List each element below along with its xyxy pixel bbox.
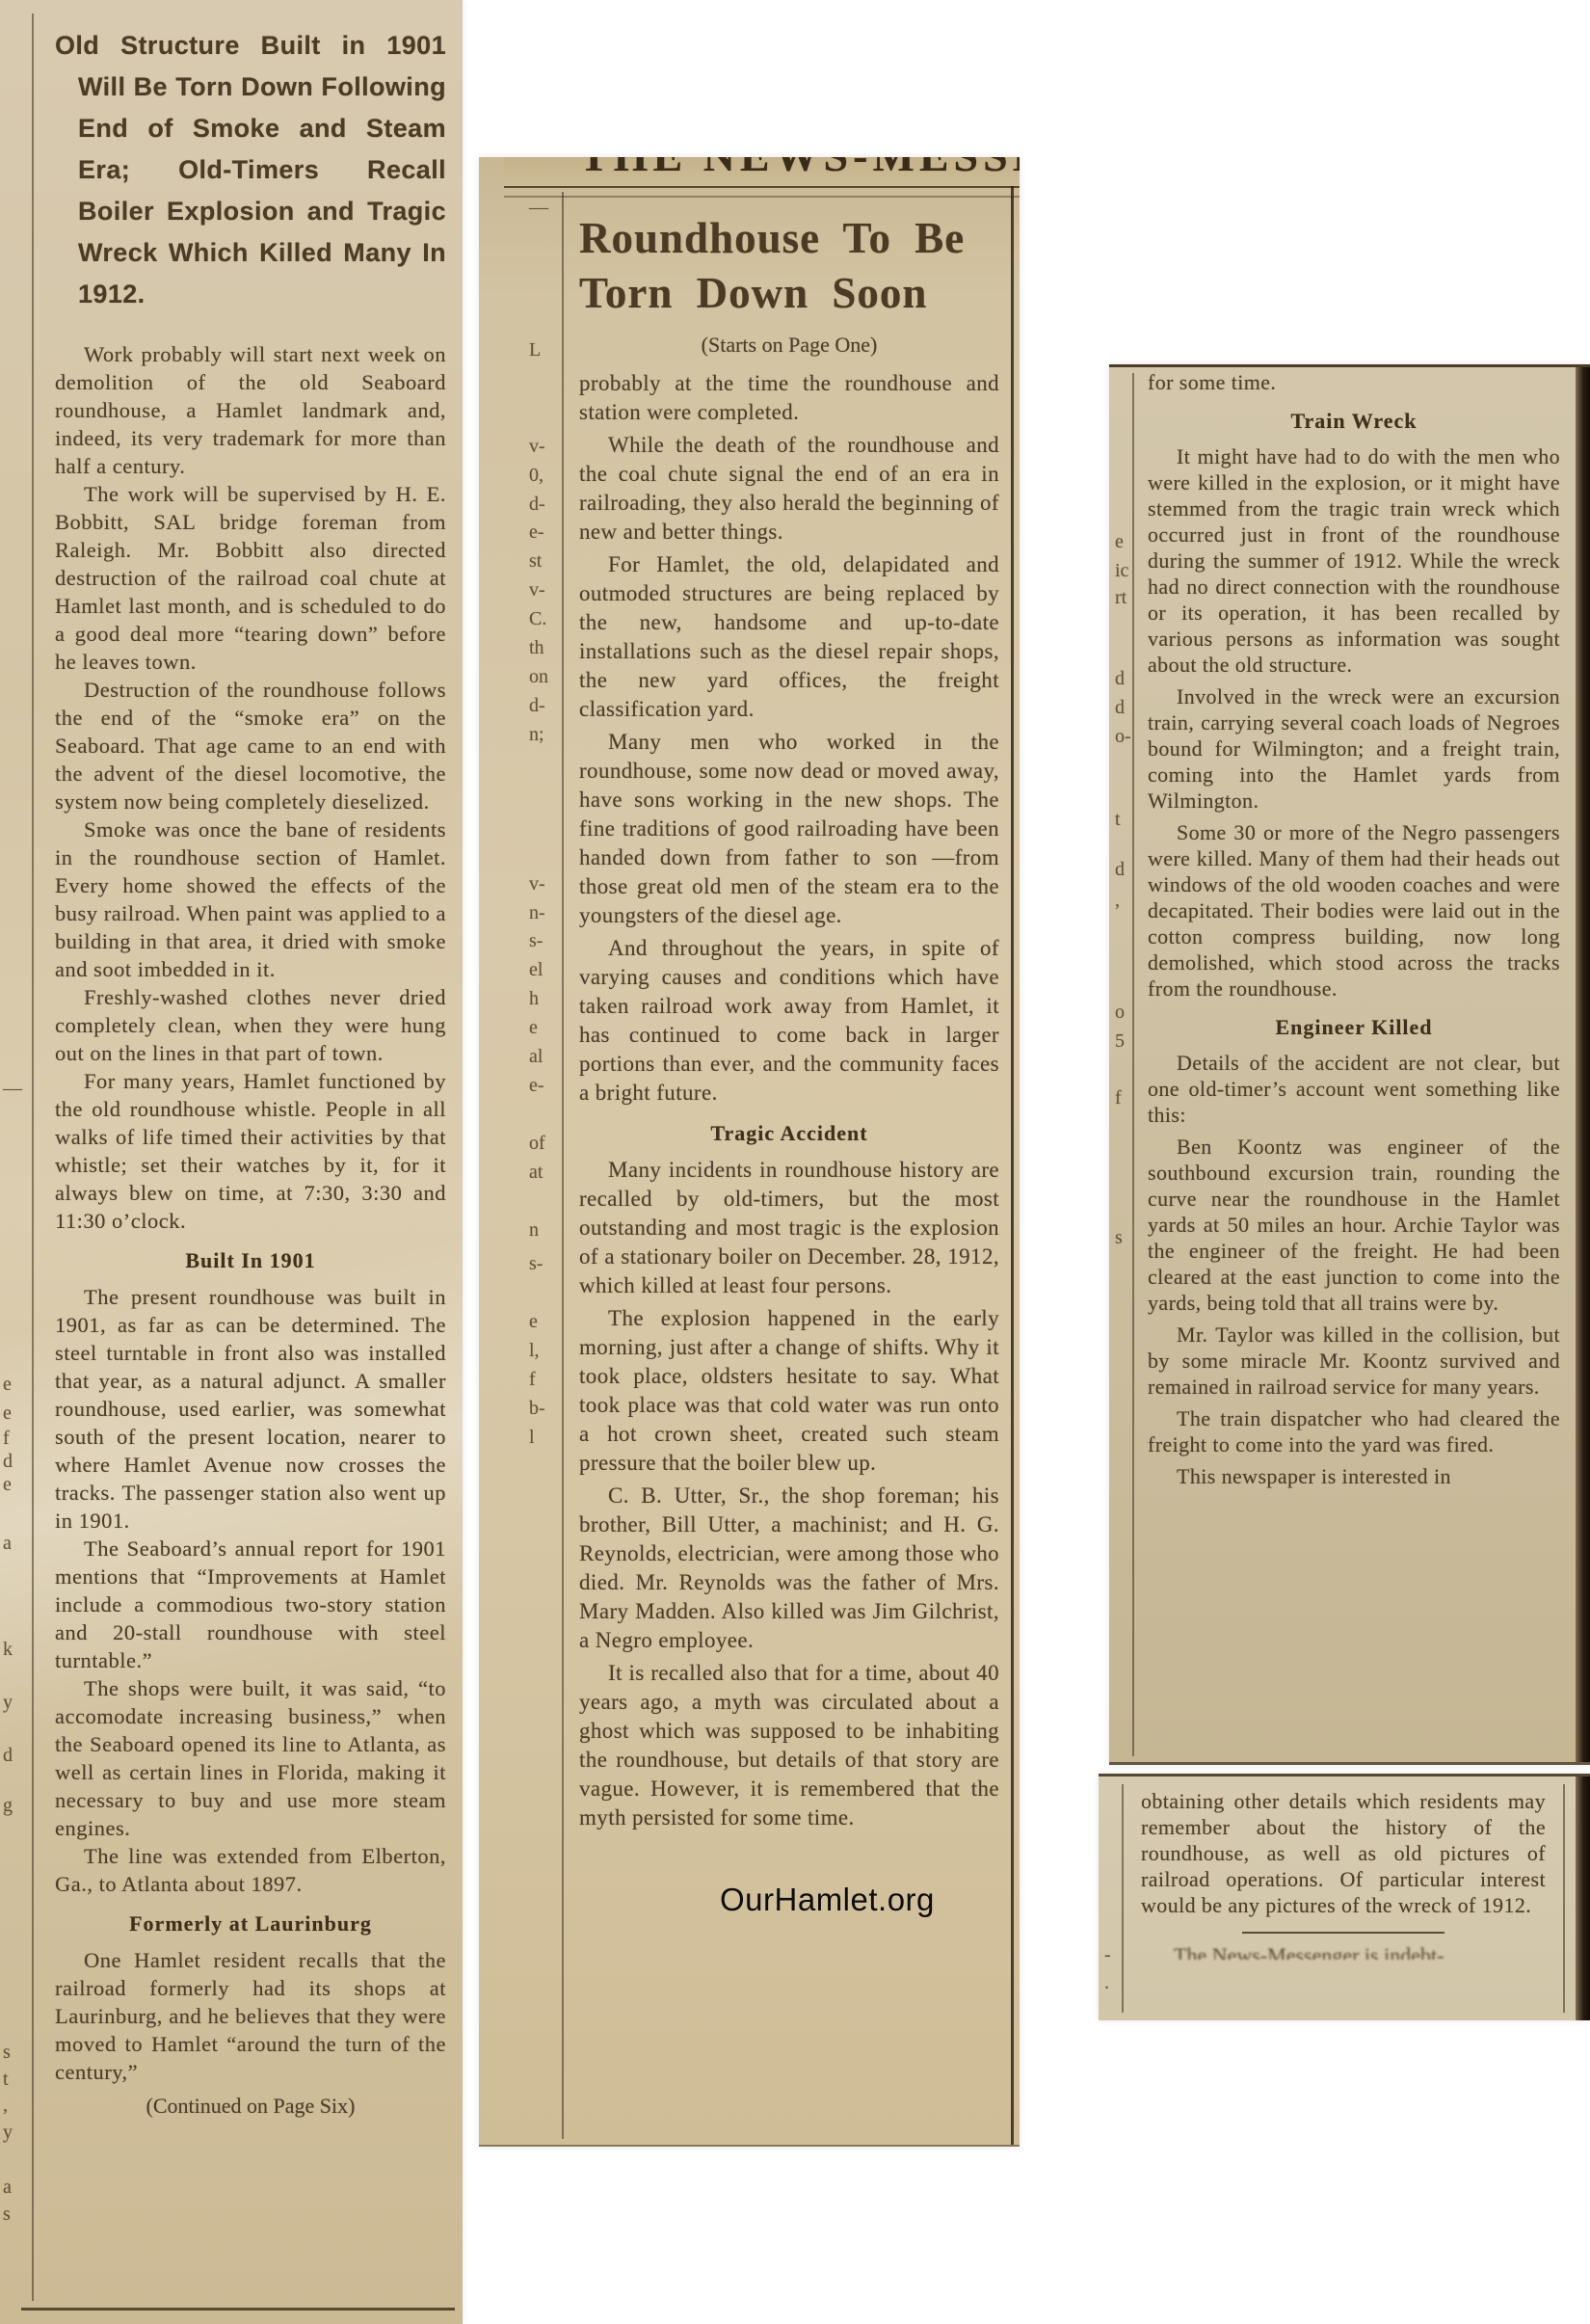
paragraph: The line was extended from Elberton, Ga.… [55, 1842, 446, 1898]
clipping-bottom-rule [21, 2308, 455, 2311]
scan-edge-shadow [1576, 367, 1590, 1762]
paragraph: Many incidents in roundhouse history are… [579, 1156, 999, 1300]
center-note: (Continued on Page Six) [55, 2094, 446, 2119]
cut-letter-fragment: o- [1115, 726, 1131, 748]
paragraph: Details of the accident are not clear, b… [1148, 1050, 1560, 1128]
paragraph: It might have had to do with the men who… [1148, 443, 1560, 678]
cut-letter-fragment: d- [529, 494, 545, 516]
cut-letter-fragment: d- [529, 695, 545, 717]
cut-letter-fragment: e- [529, 1075, 544, 1097]
column-rule [32, 13, 34, 2301]
cut-letter-fragment: rt [1115, 587, 1126, 609]
cut-letter-fragment: v- [529, 873, 545, 895]
cut-letter-fragment: e [3, 1474, 12, 1496]
scan-edge-shadow [1576, 1776, 1590, 2020]
paragraph: Work probably will start next week on de… [55, 340, 446, 480]
cut-letter-fragment: e- [529, 521, 544, 544]
paragraph: The train dispatcher who had cleared the… [1148, 1405, 1560, 1457]
paragraph: Smoke was once the bane of residents in … [55, 815, 446, 983]
cut-letter-fragment: t [3, 2069, 9, 2091]
cut-letter-fragment: d [3, 1451, 13, 1473]
cut-letter-fragment: h [529, 988, 539, 1010]
cut-letter-fragment: , [1115, 890, 1120, 912]
watermark-ourhamlet: OurHamlet.org [720, 1882, 935, 1918]
cut-letter-fragment: y [3, 2122, 13, 2144]
scanned-newspaper-page: —eefdeakydgst,yas Old Structure Built in… [0, 0, 1590, 2324]
newspaper-clipping-middle: THE NEWS-MESSENG —Lv-0,d-e-stv-C.thond-n… [479, 157, 1020, 2147]
column-rule [1011, 186, 1014, 2145]
paragraph: While the death of the roundhouse and th… [579, 431, 999, 547]
column-rule [1122, 1784, 1124, 2013]
cut-letter-fragment: of [529, 1133, 545, 1155]
article-headline: Roundhouse To Be Torn Down Soon [579, 211, 999, 321]
article-body: for some time.Train WreckIt might have h… [1148, 369, 1560, 1489]
cut-letter-fragment: e [529, 1311, 538, 1333]
center-note: (Starts on Page One) [579, 333, 999, 358]
paragraph: Involved in the wreck were an excursion … [1148, 683, 1560, 814]
paragraph: And throughout the years, in spite of va… [579, 934, 999, 1108]
cut-letter-fragment: L [529, 339, 541, 361]
cut-letter-fragment: d [1115, 668, 1125, 690]
paragraph: For many years, Hamlet functioned by the… [55, 1067, 446, 1235]
column-rule [1563, 1784, 1565, 2013]
article-column: obtaining other details which residents … [1141, 1788, 1546, 1960]
cut-letter-fragment: ic [1115, 560, 1128, 582]
newspaper-clipping-right-bottom: -. obtaining other details which residen… [1099, 1774, 1590, 2020]
cut-letter-fragment: , [3, 2095, 8, 2117]
cut-letter-fragment: v- [529, 436, 545, 458]
paragraph: The Seaboard’s annual report for 1901 me… [55, 1535, 446, 1674]
cut-letter-fragment: k [3, 1639, 13, 1661]
cut-letter-fragment: d [3, 1745, 13, 1767]
cut-letter-fragment: a [3, 1533, 12, 1555]
cut-letter-fragment: s [3, 2042, 11, 2064]
cut-letter-fragment: 5 [1115, 1030, 1125, 1053]
newspaper-clipping-left: —eefdeakydgst,yas Old Structure Built in… [0, 0, 463, 2324]
cut-letter-fragment: th [529, 637, 544, 659]
cut-letter-fragment: b- [529, 1398, 545, 1420]
paragraph: Some 30 or more of the Negro passengers … [1148, 819, 1560, 1002]
headline-line: Roundhouse To Be [579, 214, 965, 262]
cut-letter-fragment: v- [529, 579, 545, 601]
paragraph: The explosion happened in the early morn… [579, 1304, 999, 1478]
cut-letter-fragment: 0, [529, 465, 543, 487]
cut-letter-fragment: l, [529, 1340, 540, 1362]
cut-letter-fragment: on [529, 666, 548, 688]
masthead-underline [504, 196, 1020, 198]
cut-letter-fragment: e [529, 1017, 538, 1039]
paragraph-continuation: for some time. [1148, 369, 1560, 395]
cut-letter-fragment: l [529, 1427, 535, 1449]
cut-letter-fragment: C. [529, 608, 546, 630]
article-headline: Old Structure Built in 1901 Will Be Torn… [55, 25, 446, 315]
cut-letter-fragment: e [3, 1402, 12, 1425]
cut-letter-fragment: f [1115, 1087, 1122, 1109]
article-column: Old Structure Built in 1901 Will Be Torn… [55, 25, 446, 2130]
cut-letter-fragment: s- [529, 930, 543, 952]
article-body: obtaining other details which residents … [1141, 1788, 1546, 1960]
cut-letter-fragment: . [1104, 1972, 1109, 1994]
cut-letter-fragment: f [529, 1369, 536, 1391]
paragraph: The work will be supervised by H. E. Bob… [55, 480, 446, 676]
paragraph: This newspaper is interested in [1148, 1463, 1560, 1489]
separator-rule [1242, 1932, 1444, 1934]
cut-letter-fragment: — [3, 1078, 22, 1100]
newspaper-masthead: THE NEWS-MESSENG [504, 157, 1020, 188]
article-column: for some time.Train WreckIt might have h… [1148, 369, 1560, 1495]
cut-off-line: The News-Messenger is indebt- [1141, 1943, 1546, 1960]
paragraph: The shops were built, it was said, “to a… [55, 1674, 446, 1842]
paragraph: The present roundhouse was built in 1901… [55, 1283, 446, 1535]
cut-letter-fragment: f [3, 1428, 10, 1450]
cut-letter-fragment: s- [529, 1253, 543, 1275]
section-subhead: Formerly at Laurinburg [55, 1911, 446, 1937]
article-body: Work probably will start next week on de… [55, 340, 446, 2119]
cut-letter-fragment: a [3, 2177, 12, 2199]
paragraph: C. B. Utter, Sr., the shop foreman; his … [579, 1482, 999, 1655]
cut-letter-fragment: al [529, 1046, 543, 1068]
cut-letter-fragment: — [529, 197, 548, 219]
paragraph: Freshly-washed clothes never dried compl… [55, 983, 446, 1067]
cut-letter-fragment: o [1115, 1002, 1125, 1024]
article-body: (Starts on Page One)probably at the time… [579, 333, 999, 1832]
paragraph: Ben Koontz was engineer of the southboun… [1148, 1134, 1560, 1316]
cut-letter-fragment: el [529, 959, 543, 981]
paragraph-continuation: obtaining other details which residents … [1141, 1788, 1546, 1918]
paragraph-continuation: probably at the time the roundhouse and … [579, 369, 999, 427]
column-rule [1132, 373, 1134, 1756]
headline-line: Torn Down Soon [579, 269, 927, 317]
cut-letter-fragment: s [3, 2204, 11, 2226]
paragraph: It is recalled also that for a time, abo… [579, 1659, 999, 1832]
section-subhead: Tragic Accident [579, 1121, 999, 1146]
paragraph: Destruction of the roundhouse follows th… [55, 676, 446, 815]
cut-letter-fragment: t [1115, 809, 1121, 831]
cut-letter-fragment: s [1115, 1227, 1123, 1249]
paragraph: One Hamlet resident recalls that the rai… [55, 1946, 446, 2086]
masthead-title: THE NEWS-MESSENG [504, 157, 1020, 178]
paragraph: Mr. Taylor was killed in the collision, … [1148, 1322, 1560, 1400]
cut-letter-fragment: e [1115, 531, 1124, 553]
cut-letter-fragment: d [1115, 859, 1125, 881]
cut-letter-fragment: at [529, 1162, 543, 1184]
cut-letter-fragment: n- [529, 902, 545, 924]
column-rule [562, 192, 564, 2139]
section-subhead: Built In 1901 [55, 1248, 446, 1273]
cut-letter-fragment: st [529, 550, 542, 573]
cut-letter-fragment: e [3, 1374, 12, 1396]
paragraph: For Hamlet, the old, delapidated and out… [579, 550, 999, 724]
cut-letter-fragment: y [3, 1692, 13, 1714]
newspaper-clipping-right-top: eicrtddo-td,o5fs for some time.Train Wre… [1109, 364, 1590, 1765]
cut-letter-fragment: - [1104, 1944, 1111, 1966]
paragraph: Many men who worked in the roundhouse, s… [579, 728, 999, 930]
cut-letter-fragment: d [1115, 697, 1125, 719]
cut-letter-fragment: n; [529, 724, 544, 746]
cut-letter-fragment: g [3, 1795, 13, 1817]
article-column: Roundhouse To Be Torn Down Soon (Starts … [579, 205, 999, 1836]
section-subhead: Engineer Killed [1148, 1015, 1560, 1040]
cut-letter-fragment: n [529, 1219, 539, 1242]
section-subhead: Train Wreck [1148, 409, 1560, 434]
